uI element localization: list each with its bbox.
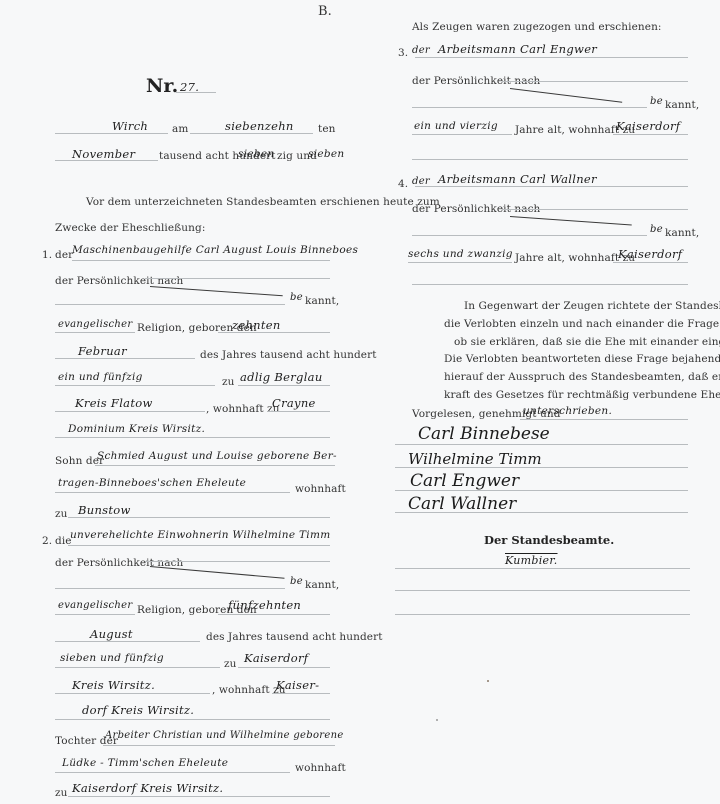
registrar-label: Der Standesbeamte. (484, 533, 614, 547)
witness-3-name: Arbeitsmann Carl Engwer (438, 42, 597, 56)
witness-3-identity-hand: be (650, 96, 663, 107)
witness-4-age: sechs und zwanzig (408, 248, 513, 260)
person-2-parents: Arbeiter Christian und Wilhelmine gebore… (105, 730, 344, 741)
person-2-year-label: des Jahres tausend acht hundert (206, 631, 383, 643)
declaration-line-1: In Gegenwart der Zeugen richtete der Sta… (464, 300, 720, 312)
person-2-name: unverehelichte Einwohnerin Wilhelmine Ti… (70, 529, 330, 541)
witnesses-intro: Als Zeugen waren zugezogen und erschiene… (412, 21, 662, 33)
person-2-birth-day: fünfzehnten (228, 598, 301, 612)
declaration-line-2: die Verlobten einzeln und nach einander … (444, 318, 720, 330)
person-2-birth-month: August (90, 627, 133, 641)
person-1-religion: evangelischer (58, 319, 132, 330)
person-1-parents-residence: Bunstow (78, 503, 131, 517)
person-2-residence-2: dorf Kreis Wirsitz. (82, 703, 194, 717)
declaration-line-6: kraft des Gesetzes für rechtmäßig verbun… (444, 389, 720, 401)
person-2-birth-place-2: Kreis Wirsitz. (72, 678, 155, 692)
person-1-residence: Crayne (272, 396, 316, 410)
signature-groom: Carl Binnebese (418, 424, 550, 444)
witness-3-age: ein und vierzig (414, 120, 498, 132)
signature-witness-3: Carl Engwer (410, 471, 519, 491)
person-2-birth-place: Kaiserdorf (244, 651, 308, 665)
person-2-parents-residence-label: wohnhaft (295, 762, 346, 774)
person-1-article: der (55, 249, 73, 261)
signature-bride: Wilhelmine Timm (408, 450, 542, 468)
person-1-residence-label: , wohnhaft zu (206, 403, 280, 415)
person-2-identity-hand: be (290, 576, 303, 587)
person-1-birth-day: zehnten (232, 318, 281, 332)
person-2-birth-year: sieben und fünfzig (60, 652, 164, 664)
declaration-line-5: hierauf der Ausspruch des Standesbeamten… (444, 371, 720, 383)
person-1-parents-2: tragen-Binneboes'schen Eheleute (58, 477, 246, 489)
person-1-identity-label: der Persönlichkeit nach (55, 275, 183, 287)
person-1-zu-label: zu (222, 376, 235, 388)
witness-4-num: 4. (398, 178, 408, 190)
witness-3-num: 3. (398, 47, 408, 59)
person-2-residence: Kaiser- (276, 678, 319, 692)
person-1-birth-place-2: Kreis Flatow (75, 396, 153, 410)
person-1-parents-zu: zu (55, 508, 68, 520)
form-letter: B. (318, 4, 332, 19)
word-am: am (172, 123, 188, 135)
person-1-birth-month: Februar (78, 344, 127, 358)
person-1-num: 1. (42, 249, 52, 261)
number-label: Nr. (146, 75, 178, 97)
month-value: November (72, 147, 135, 161)
person-1-identity-hand: be (290, 292, 303, 303)
person-1-identity-suffix: kannt, (305, 295, 339, 307)
witness-3-identity-suffix: kannt, (665, 99, 699, 111)
witness-3-residence: Kaiserdorf (616, 119, 680, 133)
signature-witness-4: Carl Wallner (408, 494, 516, 514)
person-2-num: 2. (42, 535, 52, 547)
intro-line-2: Zwecke der Eheschließung: (55, 222, 205, 234)
person-2-residence-label: , wohnhaft zu (212, 684, 286, 696)
person-1-year-label: des Jahres tausend acht hundert (200, 349, 377, 361)
witness-4-name: Arbeitsmann Carl Wallner (438, 172, 597, 186)
person-2-parents-zu: zu (55, 787, 68, 799)
person-2-religion: evangelischer (58, 600, 132, 611)
declaration-line-3: ob sie erklären, daß sie die Ehe mit ein… (454, 336, 720, 348)
right-page: Als Zeugen waren zugezogen und erschiene… (360, 0, 720, 804)
witness-4-identity-suffix: kannt, (665, 227, 699, 239)
person-2-parents-residence: Kaiserdorf Kreis Wirsitz. (72, 781, 223, 795)
word-ten: ten (318, 123, 336, 135)
person-1-parents: Schmied August und Louise geborene Ber- (97, 450, 337, 462)
declaration-line-4: Die Verlobten beantworteten diese Frage … (444, 353, 720, 365)
witness-4-residence: Kaiserdorf (618, 247, 682, 261)
person-2-identity-suffix: kannt, (305, 579, 339, 591)
person-2-zu-label: zu (224, 658, 237, 670)
person-1-name: Maschinenbaugehilfe Carl August Louis Bi… (72, 244, 358, 256)
registrar-signature: Kumbier. (505, 554, 558, 567)
person-1-birth-year: ein und fünfzig (58, 371, 143, 383)
person-1-birth-place: adlig Berglau (240, 370, 323, 384)
witness-4-identity-hand: be (650, 224, 663, 235)
read-hand: unterschrieben. (523, 405, 612, 417)
left-page: B. Nr. 27. Wirch am siebenzehn ten Novem… (0, 0, 360, 804)
year-units: sieben (308, 148, 344, 160)
person-2-parents-2: Lüdke - Timm'schen Eheleute (62, 757, 228, 769)
person-1-residence-2: Dominium Kreis Wirsitz. (68, 423, 205, 435)
year-tens: sieben (238, 148, 274, 160)
person-1-parents-residence-label: wohnhaft (295, 483, 346, 495)
witness-3-article: der (412, 45, 430, 56)
day-value: siebenzehn (225, 119, 294, 133)
place-value: Wirch (112, 119, 148, 133)
